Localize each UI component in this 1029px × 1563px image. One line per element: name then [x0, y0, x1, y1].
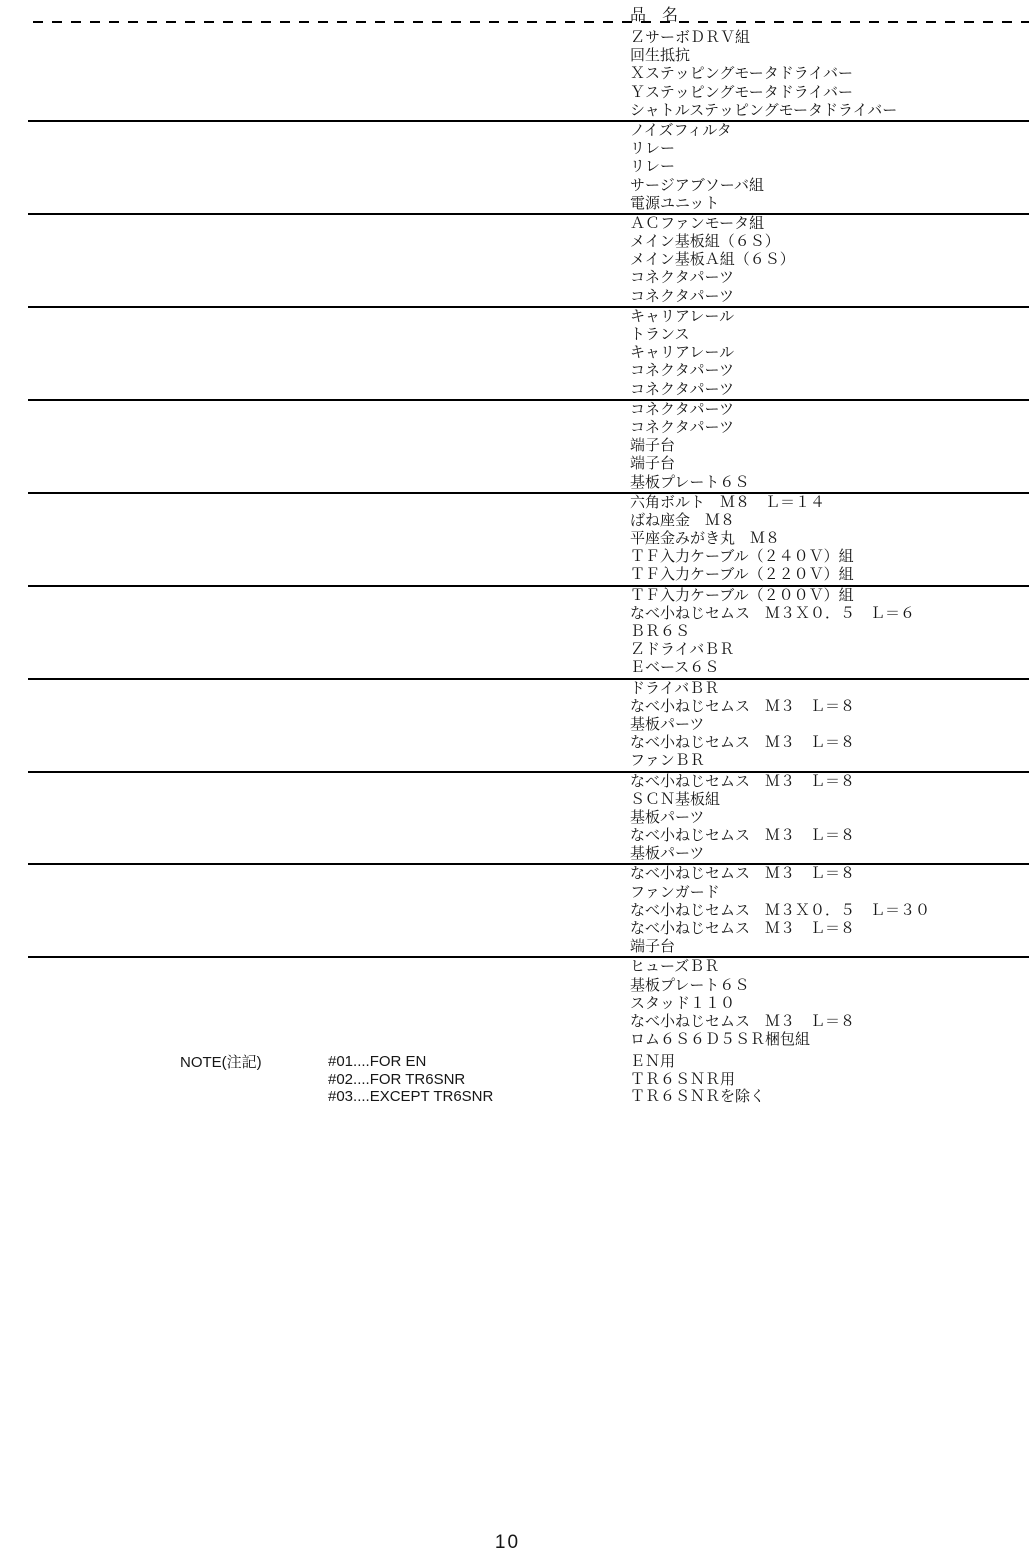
note-description: ＴＲ６ＳＮＲを除く [630, 1088, 765, 1106]
parts-group: ノイズフィルタリレーリレーサージアブソーバ組電源ユニット [28, 122, 1029, 215]
part-name-cell: なべ小ねじセムス Ｍ３ Ｌ＝８ [28, 734, 1029, 752]
part-name-cell: ＴＦ入力ケーブル（２２０Ｖ）組 [28, 566, 1029, 584]
part-name-cell: 基板プレート６Ｓ [28, 977, 1029, 995]
part-name-cell: ドライバＢＲ [28, 680, 1029, 698]
part-name-cell: キャリアレール [28, 308, 1029, 326]
part-name-cell: ロム６Ｓ６Ｄ５ＳＲ梱包組 [28, 1031, 1029, 1049]
part-name-cell: コネクタパーツ [28, 419, 1029, 437]
parts-group: 六角ボルト Ｍ８ Ｌ＝１４ばね座金 Ｍ８平座金みがき丸 Ｍ８ＴＦ入力ケーブル（２… [28, 494, 1029, 587]
page-number: 10 [0, 1532, 1015, 1554]
part-name-cell: コネクタパーツ [28, 269, 1029, 287]
part-name-cell: コネクタパーツ [28, 362, 1029, 380]
parts-group: コネクタパーツコネクタパーツ端子台端子台基板プレート６Ｓ [28, 401, 1029, 494]
parts-table: ＺサーボＤＲＶ組回生抵抗ＸステッピングモータドライバーＹステッピングモータドライ… [28, 23, 1029, 1049]
part-name-cell: ファンガード [28, 884, 1029, 902]
part-name-cell: ＳＣＮ基板組 [28, 791, 1029, 809]
part-name-cell: スタッド１１０ [28, 995, 1029, 1013]
part-name-cell: なべ小ねじセムス Ｍ３ Ｌ＝８ [28, 1013, 1029, 1031]
part-name-cell: ＴＦ入力ケーブル（２４０Ｖ）組 [28, 548, 1029, 566]
part-name-cell: Ｘステッピングモータドライバー [28, 65, 1029, 83]
part-name-cell: ＢＲ６Ｓ [28, 623, 1029, 641]
part-name-cell: 基板パーツ [28, 845, 1029, 863]
part-name-cell: 基板プレート６Ｓ [28, 474, 1029, 492]
note-codes-column: #01....FOR EN#02....FOR TR6SNR#03....EXC… [328, 1053, 493, 1106]
part-name-cell: ばね座金 Ｍ８ [28, 512, 1029, 530]
part-name-cell: なべ小ねじセムス Ｍ３Ｘ０．５ Ｌ＝３０ [28, 902, 1029, 920]
note-description: ＥＮ用 [630, 1053, 765, 1071]
note-code: #03....EXCEPT TR6SNR [328, 1088, 493, 1106]
parts-group: ヒューズＢＲ基板プレート６Ｓスタッド１１０なべ小ねじセムス Ｍ３ Ｌ＝８ロム６Ｓ… [28, 958, 1029, 1049]
part-name-cell: メイン基板組（６Ｓ） [28, 233, 1029, 251]
part-name-cell: なべ小ねじセムス Ｍ３ Ｌ＝８ [28, 865, 1029, 883]
part-name-cell: 平座金みがき丸 Ｍ８ [28, 530, 1029, 548]
note-descriptions-column: ＥＮ用ＴＲ６ＳＮＲ用ＴＲ６ＳＮＲを除く [630, 1053, 765, 1106]
part-name-cell: コネクタパーツ [28, 288, 1029, 306]
part-name-cell: なべ小ねじセムス Ｍ３Ｘ０．５ Ｌ＝６ [28, 605, 1029, 623]
part-name-cell: ＴＦ入力ケーブル（２００Ｖ）組 [28, 587, 1029, 605]
part-name-cell: なべ小ねじセムス Ｍ３ Ｌ＝８ [28, 827, 1029, 845]
part-name-cell: Ｙステッピングモータドライバー [28, 84, 1029, 102]
parts-group: ＴＦ入力ケーブル（２００Ｖ）組なべ小ねじセムス Ｍ３Ｘ０．５ Ｌ＝６ＢＲ６ＳＺド… [28, 587, 1029, 680]
parts-group: なべ小ねじセムス Ｍ３ Ｌ＝８ＳＣＮ基板組基板パーツなべ小ねじセムス Ｍ３ Ｌ＝… [28, 773, 1029, 866]
part-name-cell: 電源ユニット [28, 195, 1029, 213]
parts-group: ＡＣファンモータ組メイン基板組（６Ｓ）メイン基板Ａ組（６Ｓ）コネクタパーツコネク… [28, 215, 1029, 308]
part-name-cell: コネクタパーツ [28, 381, 1029, 399]
part-name-cell: 端子台 [28, 437, 1029, 455]
parts-group: ＺサーボＤＲＶ組回生抵抗ＸステッピングモータドライバーＹステッピングモータドライ… [28, 23, 1029, 122]
part-name-cell: シャトルステッピングモータドライバー [28, 102, 1029, 120]
part-name-cell: 端子台 [28, 455, 1029, 473]
parts-group: なべ小ねじセムス Ｍ３ Ｌ＝８ファンガードなべ小ねじセムス Ｍ３Ｘ０．５ Ｌ＝３… [28, 865, 1029, 958]
note-description: ＴＲ６ＳＮＲ用 [630, 1071, 765, 1089]
part-name-cell: ヒューズＢＲ [28, 958, 1029, 976]
part-name-cell: 基板パーツ [28, 716, 1029, 734]
part-name-cell: メイン基板Ａ組（６Ｓ） [28, 251, 1029, 269]
part-name-cell: リレー [28, 158, 1029, 176]
part-name-cell: 回生抵抗 [28, 47, 1029, 65]
part-name-cell: リレー [28, 140, 1029, 158]
part-name-cell: ＺサーボＤＲＶ組 [28, 29, 1029, 47]
part-name-cell: 六角ボルト Ｍ８ Ｌ＝１４ [28, 494, 1029, 512]
parts-group: ドライバＢＲなべ小ねじセムス Ｍ３ Ｌ＝８基板パーツなべ小ねじセムス Ｍ３ Ｌ＝… [28, 680, 1029, 773]
note-label: NOTE(注記) [180, 1054, 262, 1071]
part-name-cell: ファンＢＲ [28, 752, 1029, 770]
part-name-cell: 端子台 [28, 938, 1029, 956]
note-code: #01....FOR EN [328, 1053, 493, 1071]
part-name-cell: トランス [28, 326, 1029, 344]
part-name-cell: なべ小ねじセムス Ｍ３ Ｌ＝８ [28, 698, 1029, 716]
part-name-cell: なべ小ねじセムス Ｍ３ Ｌ＝８ [28, 920, 1029, 938]
part-name-cell: なべ小ねじセムス Ｍ３ Ｌ＝８ [28, 773, 1029, 791]
part-name-cell: サージアブソーバ組 [28, 177, 1029, 195]
parts-group: キャリアレールトランスキャリアレールコネクタパーツコネクタパーツ [28, 308, 1029, 401]
note-code: #02....FOR TR6SNR [328, 1071, 493, 1089]
document-page: 品 名 ＺサーボＤＲＶ組回生抵抗ＸステッピングモータドライバーＹステッピングモー… [0, 0, 1029, 1563]
part-name-cell: Ｅベース６Ｓ [28, 659, 1029, 677]
part-name-cell: キャリアレール [28, 344, 1029, 362]
part-name-cell: 基板パーツ [28, 809, 1029, 827]
part-name-cell: ＺドライバＢＲ [28, 641, 1029, 659]
part-name-cell: ＡＣファンモータ組 [28, 215, 1029, 233]
part-name-cell: ノイズフィルタ [28, 122, 1029, 140]
part-name-cell: コネクタパーツ [28, 401, 1029, 419]
note-section: NOTE(注記) #01....FOR EN#02....FOR TR6SNR#… [0, 1053, 1029, 1113]
